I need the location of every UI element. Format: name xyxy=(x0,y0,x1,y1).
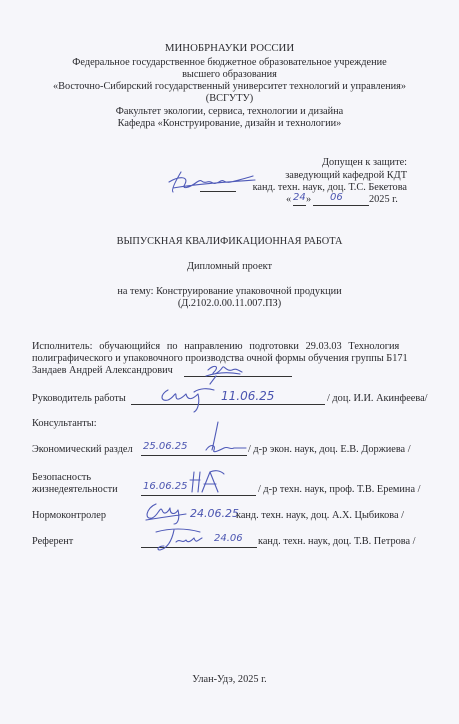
institution-line-2: высшего образования xyxy=(0,69,459,81)
university-name: «Восточно-Сибирский государственный унив… xyxy=(0,81,459,93)
department-name: Кафедра «Конструирование, дизайн и техно… xyxy=(0,118,459,130)
head-signature-line xyxy=(200,191,236,192)
executor-signature-icon xyxy=(204,360,244,384)
institution-line-1: Федеральное государственное бюджетное об… xyxy=(0,57,459,69)
economics-signature-icon xyxy=(200,420,250,456)
supervisor-person: / доц. И.И. Акинфеева/ xyxy=(327,393,428,405)
consultants-label: Консультанты: xyxy=(32,418,97,430)
normcontrol-signature-icon xyxy=(142,500,188,526)
normcontrol-person: канд. техн. наук, доц. А.Х. Цыбикова / xyxy=(236,510,404,522)
document-code: (Д.2102.0.00.11.007.ПЗ) xyxy=(0,298,459,310)
head-position: заведующий кафедрой КДТ xyxy=(285,170,407,182)
work-type-title: ВЫПУСКНАЯ КВАЛИФИКАЦИОННАЯ РАБОТА xyxy=(0,236,459,248)
approval-date-close: » xyxy=(306,194,311,206)
supervisor-date: 11.06.25 xyxy=(221,389,274,403)
ministry-title: МИНОБРНАУКИ РОССИИ xyxy=(0,42,459,54)
day-underline xyxy=(293,205,306,206)
normcontrol-label: Нормоконтролер xyxy=(32,510,106,522)
referee-date: 24.06 xyxy=(214,533,243,544)
approval-date-month: 06 xyxy=(330,192,343,203)
document-page: МИНОБРНАУКИ РОССИИ Федеральное государст… xyxy=(0,0,459,724)
approval-date-open: « xyxy=(286,194,291,206)
normcontrol-date: 24.06.25 xyxy=(190,507,239,520)
economics-date: 25.06.25 xyxy=(143,441,188,452)
university-abbreviation: (ВСГУТУ) xyxy=(0,93,459,105)
safety-date: 16.06.25 xyxy=(143,481,188,492)
faculty-name: Факультет экологии, сервиса, технологии … xyxy=(0,106,459,118)
safety-signature-icon xyxy=(188,468,228,496)
economics-person: / д-р экон. наук, доц. Е.В. Доржиева / xyxy=(248,444,411,456)
approval-date-year: 2025 г. xyxy=(369,194,398,206)
safety-label-1: Безопасность xyxy=(32,472,91,484)
referee-label: Референт xyxy=(32,536,73,548)
safety-label-2: жизнедеятельности xyxy=(32,484,118,496)
referee-person: канд. техн. наук, доц. Т.В. Петрова / xyxy=(258,536,415,548)
project-type: Дипломный проект xyxy=(0,261,459,273)
economics-label: Экономический раздел xyxy=(32,444,133,456)
admitted-label: Допущен к защите: xyxy=(322,157,407,169)
approval-date-day: 24 xyxy=(293,192,306,203)
head-signature-icon xyxy=(167,168,257,198)
city-year: Улан-Удэ, 2025 г. xyxy=(0,674,459,686)
supervisor-signature-icon xyxy=(158,384,218,414)
month-underline xyxy=(313,205,369,206)
referee-signature-icon xyxy=(150,526,210,554)
supervisor-label: Руководитель работы xyxy=(32,393,126,405)
executor-name: Зандаев Андрей Александрович xyxy=(32,365,173,377)
executor-line-1: Исполнитель: обучающийся по направлению … xyxy=(32,341,399,353)
topic: на тему: Конструирование упаковочной про… xyxy=(0,286,459,298)
safety-person: / д-р техн. наук, проф. Т.В. Еремина / xyxy=(258,484,420,496)
